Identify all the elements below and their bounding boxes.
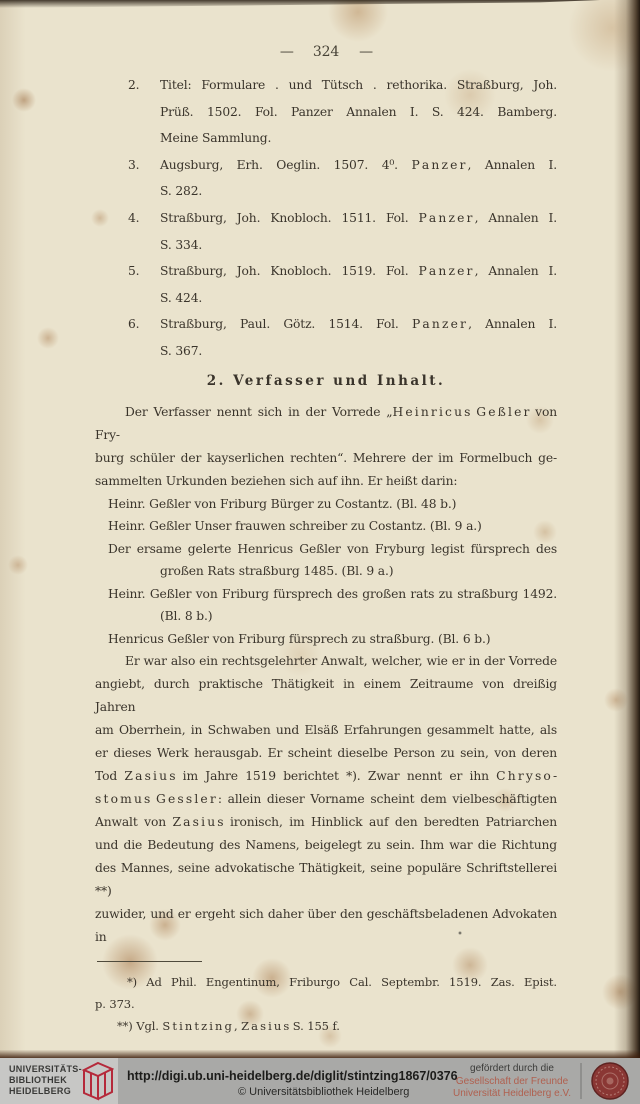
citation-line: Heinr. Geßler von Friburg Bürger zu Cost… [108,493,557,516]
funding-credit-line: Gesellschaft der Freunde [448,1076,576,1089]
paragraph-line: Tod Z a s i u s im Jahre 1519 berichtet … [95,765,557,788]
book-gutter-shadow [614,0,640,1058]
funding-credit-line: gefördert durch die [448,1063,576,1076]
item-number: 2. [128,72,139,99]
citation-list: Heinr. Geßler von Friburg Bürger zu Cost… [95,493,557,651]
item-line: Straßburg, Paul. Götz. 1514. Fol. P a n … [160,311,557,338]
paragraph-line: Der Verfasser nennt sich in der Vorrede … [95,401,557,447]
university-seal-icon [590,1061,630,1104]
item-line: Titel: Formulare . und Tütsch . rethorik… [160,72,557,99]
item-line: Straßburg, Joh. Knobloch. 1511. Fol. P a… [160,205,557,232]
bibliography-item-4: 4. Straßburg, Joh. Knobloch. 1511. Fol. … [95,205,557,258]
paper-bottom-edge-shadow [0,1050,640,1058]
paragraph-line: burg schüler der kayserlichen rechten“. … [95,447,557,470]
paragraph-line: zuwider, und er ergeht sich daher über d… [95,903,557,949]
paragraph-line: angiebt, durch praktische Thätigkeit in … [95,673,557,719]
header-dash-left: — [280,44,293,60]
footer-divider [580,1063,582,1099]
item-line: Augsburg, Erh. Oeglin. 1507. 4⁰. P a n z… [160,152,557,179]
paragraph-line: am Oberrhein, in Schwaben und Elsäß Erfa… [95,719,557,742]
citation-line: Der ersame gelerte Henricus Geßler von F… [108,538,557,561]
library-name: UNIVERSITÄTS- BIBLIOTHEK HEIDELBERG [9,1064,82,1097]
section-heading: 2. Verfasser und Inhalt. [95,373,557,389]
footnote-line: p. 373. [95,993,557,1015]
funding-credit: gefördert durch die Gesellschaft der Fre… [448,1063,576,1101]
page-number: 324 [313,44,339,60]
copyright-notice: © Universitätsbibliothek Heidelberg [238,1086,409,1098]
citation-line: Henricus Geßler von Friburg fürsprech zu… [108,628,557,651]
library-brand-panel: UNIVERSITÄTS- BIBLIOTHEK HEIDELBERG [0,1058,118,1104]
citation-line: (Bl. 8 b.) [160,605,557,628]
scanned-book-page: —324— 2. Titel: Formulare . und Tütsch .… [0,0,640,1058]
paragraph-author-intro: Der Verfasser nennt sich in der Vorrede … [95,401,557,493]
footnotes: *) Ad Phil. Engentinum, Friburgo Cal. Se… [95,971,557,1037]
library-book-logo-icon [74,1061,114,1104]
item-line: Meine Sammlung. [160,125,557,152]
bibliography-item-6: 6. Straßburg, Paul. Götz. 1514. Fol. P a… [95,311,557,364]
citation-line: Heinr. Geßler von Friburg fürsprech des … [108,583,557,606]
header-dash-right: — [359,44,372,60]
paragraph-line: und die Bedeutung des Namens, beigelegt … [95,834,557,857]
item-number: 5. [128,258,139,285]
item-number: 6. [128,311,139,338]
item-line: Prüß. 1502. Fol. Panzer Annalen I. S. 42… [160,99,557,126]
library-name-line: BIBLIOTHEK [9,1075,82,1086]
item-number: 4. [128,205,139,232]
paragraph-line: s t o m u s G e s s l e r : allein diese… [95,788,557,811]
footnote-line: *) Ad Phil. Engentinum, Friburgo Cal. Se… [127,971,557,993]
library-name-line: UNIVERSITÄTS- [9,1064,82,1075]
digitized-page-url[interactable]: http://digi.ub.uni-heidelberg.de/diglit/… [127,1069,458,1083]
paragraph-line: Er war also ein rechtsgelehrter Anwalt, … [95,650,557,673]
paragraph-line: er dieses Werk herausgab. Er scheint die… [95,742,557,765]
paragraph-line: Anwalt von Z a s i u s ironisch, im Hinb… [95,811,557,834]
paragraph-lawyer: Er war also ein rechtsgelehrter Anwalt, … [95,650,557,949]
paragraph-line: des Mannes, seine advokatische Thätigkei… [95,857,557,903]
page-text-block: —324— 2. Titel: Formulare . und Tütsch .… [95,44,557,1037]
item-line: S. 282. [160,178,557,205]
funding-credit-line: Universität Heidelberg e.V. [448,1088,576,1101]
footnote-line: **) Vgl. S t i n t z i n g , Z a s i u s… [117,1015,557,1037]
item-line: S. 424. [160,285,557,312]
bibliography-item-5: 5. Straßburg, Joh. Knobloch. 1519. Fol. … [95,258,557,311]
bibliography-item-2: 2. Titel: Formulare . und Tütsch . retho… [95,72,557,152]
bibliography-item-3: 3. Augsburg, Erh. Oeglin. 1507. 4⁰. P a … [95,152,557,205]
citation-line: Heinr. Geßler Unser frauwen schreiber zu… [108,515,557,538]
paragraph-line: sammelten Urkunden beziehen sich auf ihn… [95,470,557,493]
library-name-line: HEIDELBERG [9,1086,82,1097]
citation-line: großen Rats straßburg 1485. (Bl. 9 a.) [160,560,557,583]
item-line: S. 367. [160,338,557,365]
item-line: Straßburg, Joh. Knobloch. 1519. Fol. P a… [160,258,557,285]
item-number: 3. [128,152,139,179]
page-header: —324— [95,44,557,60]
item-line: S. 334. [160,232,557,259]
footnote-separator [97,961,202,962]
bibliography-list: 2. Titel: Formulare . und Tütsch . retho… [95,72,557,365]
digitization-footer-bar: UNIVERSITÄTS- BIBLIOTHEK HEIDELBERG http… [0,1058,640,1104]
